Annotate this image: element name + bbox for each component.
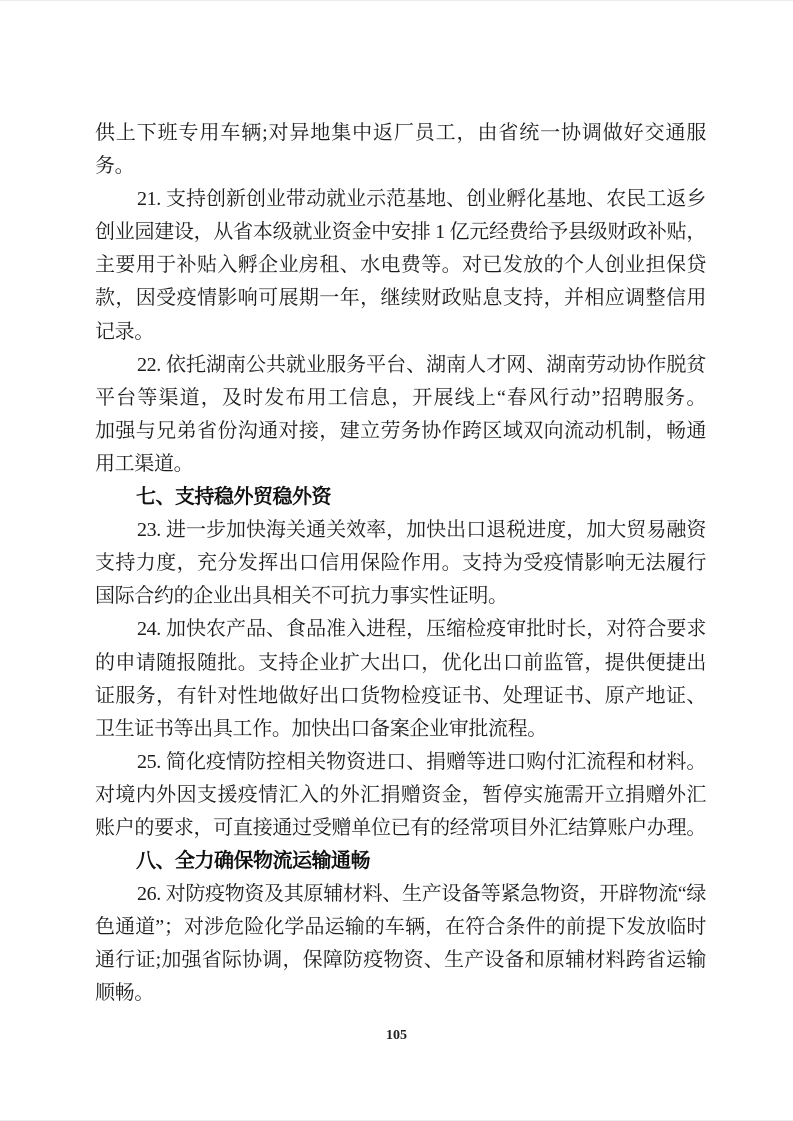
document-line: 26. 对防疫物资及其原辅材料、生产设备等紧急物资，开辟物流“绿 (95, 878, 706, 911)
document-body: 供上下班专用车辆;对异地集中返厂员工，由省统一协调做好交通服务。21. 支持创新… (95, 117, 706, 1011)
document-line: 加强与兄弟省份沟通对接，建立劳务协作跨区域双向流动机制，畅通 (95, 415, 706, 448)
document-line: 的申请随报随批。支持企业扩大出口，优化出口前监管，提供便捷出 (95, 647, 706, 680)
document-line: 卫生证书等出具工作。加快出口备案企业审批流程。 (95, 713, 706, 746)
page-number: 105 (0, 1028, 793, 1044)
document-line: 记录。 (95, 316, 706, 349)
section-heading: 七、支持稳外贸稳外资 (95, 481, 706, 514)
document-line: 23. 进一步加快海关通关效率，加快出口退税进度，加大贸易融资 (95, 514, 706, 547)
document-page: 供上下班专用车辆;对异地集中返厂员工，由省统一协调做好交通服务。21. 支持创新… (0, 0, 793, 1121)
document-line: 顺畅。 (95, 977, 706, 1010)
document-line: 色通道”；对涉危险化学品运输的车辆，在符合条件的前提下发放临时 (95, 911, 706, 944)
document-line: 务。 (95, 150, 706, 183)
document-line: 平台等渠道，及时发布用工信息，开展线上“春风行动”招聘服务。 (95, 382, 706, 415)
document-line: 创业园建设，从省本级就业资金中安排 1 亿元经费给予县级财政补贴， (95, 216, 706, 249)
document-line: 对境内外因支援疫情汇入的外汇捐赠资金，暂停实施需开立捐赠外汇 (95, 779, 706, 812)
document-line: 供上下班专用车辆;对异地集中返厂员工，由省统一协调做好交通服 (95, 117, 706, 150)
document-line: 24. 加快农产品、食品准入进程，压缩检疫审批时长，对符合要求 (95, 613, 706, 646)
document-line: 22. 依托湖南公共就业服务平台、湖南人才网、湖南劳动协作脱贫 (95, 349, 706, 382)
document-line: 国际合约的企业出具相关不可抗力事实性证明。 (95, 580, 706, 613)
document-line: 用工渠道。 (95, 448, 706, 481)
document-line: 账户的要求，可直接通过受赠单位已有的经常项目外汇结算账户办理。 (95, 812, 706, 845)
document-line: 25. 简化疫情防控相关物资进口、捐赠等进口购付汇流程和材料。 (95, 746, 706, 779)
section-heading: 八、全力确保物流运输通畅 (95, 845, 706, 878)
document-line: 款，因受疫情影响可展期一年，继续财政贴息支持，并相应调整信用 (95, 282, 706, 315)
document-line: 21. 支持创新创业带动就业示范基地、创业孵化基地、农民工返乡 (95, 183, 706, 216)
document-line: 支持力度，充分发挥出口信用保险作用。支持为受疫情影响无法履行 (95, 547, 706, 580)
document-line: 通行证;加强省际协调，保障防疫物资、生产设备和原辅材料跨省运输 (95, 944, 706, 977)
document-line: 证服务，有针对性地做好出口货物检疫证书、处理证书、原产地证、 (95, 680, 706, 713)
document-line: 主要用于补贴入孵企业房租、水电费等。对已发放的个人创业担保贷 (95, 249, 706, 282)
